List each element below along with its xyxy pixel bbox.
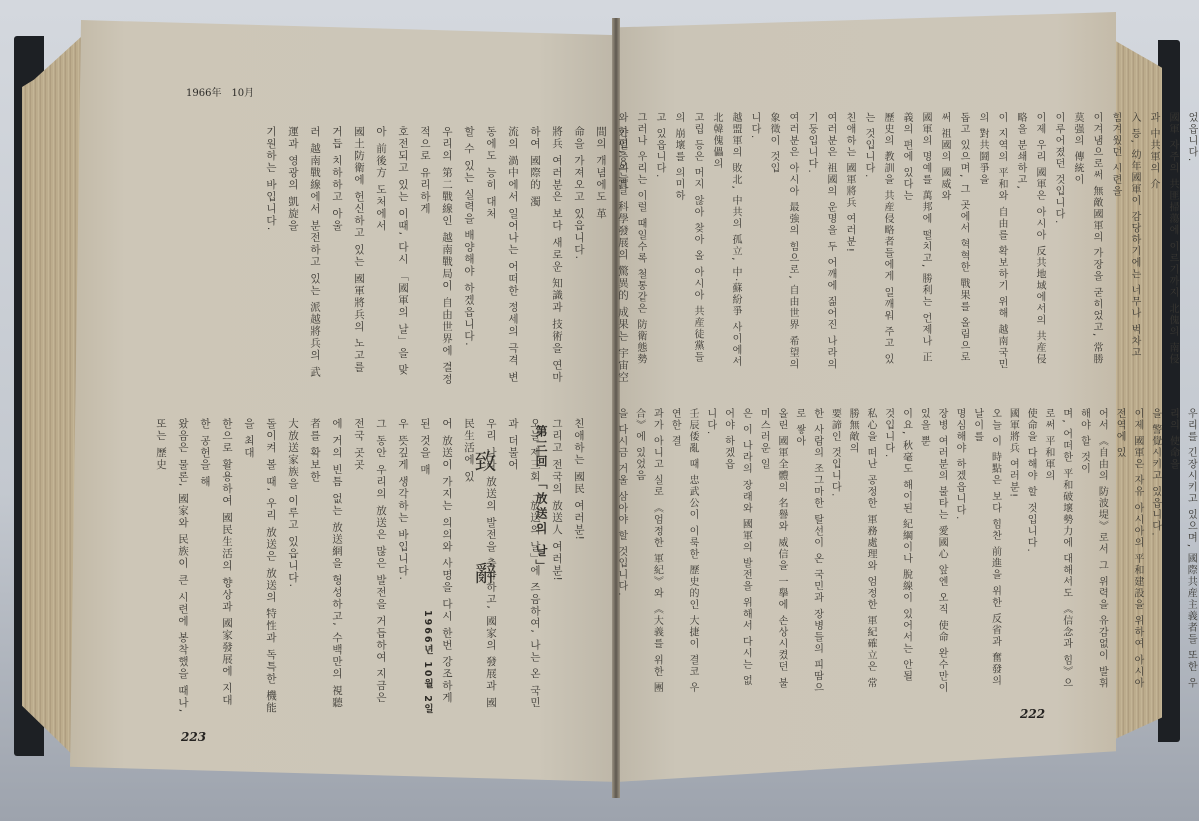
text-line: 호전되고 있는 이때, 다시 「國軍의 날」을 맞아 前後方 도처에서: [370, 126, 414, 386]
text-line: 어서 《自由의 防波堤》로서 그 위력을 유감없이 발휘해야 할 것이: [1075, 408, 1111, 698]
text-line: 그러나 우리는 이럴 때일수록 철통같은 防衛態勢와 가일층의 實: [612, 112, 650, 374]
text-line: 境도 이를 강력하게 극복하고 오늘의 성과를 거두었읍니다.: [1182, 112, 1199, 374]
text-line: 왔음은 물론, 國家와 民族이 큰 시련에 봉착했을 때나, 또는 歷史: [150, 418, 194, 716]
running-header-date: 1966年 10月: [186, 84, 254, 99]
text-line: 그 동안 우리의 放送은 많은 발전을 거듭하여 지금은 전국 곳곳: [348, 418, 392, 716]
text-line: 命을 가져오고 있읍니다.: [568, 126, 590, 386]
right-upper-text: 晶이요, 또한 이를 뒷받침하여 준 國民 여러분의 사랑과 노력의 보람이 아…: [612, 112, 1199, 374]
text-line: 國軍 자주의 共匪掃蕩에 이르기까지 北傀의 南侵과 中共軍의 介: [1144, 112, 1182, 374]
text-line: 한 사람의 조그마한 탈선이 온 국민과 장병들의 피땀으로 쌓아: [790, 408, 826, 698]
text-line: 大放送家族을 이루고 있읍니다.: [282, 418, 304, 716]
text-line: 니다.: [745, 112, 764, 374]
text-line: 에 거의 빈틈 없는 放送網을 형성하고, 수백만의 視聽者를 확보한: [304, 418, 348, 716]
text-line: 러 越南戰線에서 분전하고 있는 派越將兵의 武運과 영광의 凱旋을: [282, 126, 326, 386]
text-line: 올린 國軍全體의 名譽와 威信을 一擧에 손상시켰던 불미스러운 일: [754, 408, 790, 698]
page-number-right: 222: [1020, 707, 1045, 721]
text-line: 친애하는 國軍將兵 여러분!: [840, 112, 859, 374]
text-line: 오늘 이 時點은 보다 힘찬 前進을 위한 反省과 奮發의 날이를: [968, 408, 1004, 698]
text-line: 오늘 제三회 「放送의 날」에 즈음하여, 나는 온 국민과 더불어: [502, 418, 546, 716]
text-line: 國軍將兵 여러분!: [1004, 408, 1022, 698]
text-line: 壬辰倭亂 때 忠武公이 이룩한 歷史的인 大捷이 결코 우연한 결: [665, 408, 701, 698]
page-number-left: 223: [181, 730, 206, 744]
text-line: 우리 나라 放送의 발전을 축하하고, 國家의 發展과 國民生活에 있: [458, 418, 502, 716]
text-line: 여러분은 祖國의 운명을 두 어깨에 짊어진 나라의 기둥입니다.: [802, 112, 840, 374]
text-line: 그리고 전국의 放送人 여러분!: [546, 418, 568, 716]
text-line: 을 다시금 거울 삼아야 할 것입니다.: [612, 408, 630, 698]
text-line: 을 警覺시키고 있읍니다.: [1146, 408, 1164, 698]
text-line: 기원하는 바입니다.: [260, 126, 282, 386]
text-line: 國軍의 명예를 萬邦에 떨치고, 勝利는 언제나 正義의 편에 있다는: [897, 112, 935, 374]
text-line: 돕고 있으며, 그 곳에서 혁혁한 戰果를 올림으로써 祖國의 國威와: [935, 112, 973, 374]
text-line: 이제 우리 國軍은 아시아 反共地域에서의 共産侵略을 분쇄하고,: [1011, 112, 1049, 374]
text-line: 명심해야 하겠읍니다.: [950, 408, 968, 698]
text-line: 여러분은 아시아 最強의 힘으로, 自由世界 希望의 象徵이 것입: [764, 112, 802, 374]
text-line: 며, 어떠한 平和破壞勢力에 대해서도 《信念과 힘》으로써 平和軍의: [1039, 408, 1075, 698]
text-line: 고립 등은 머지 않아 찾아 올 아시아 共産徒黨들의 崩壞를 의미하: [669, 112, 707, 374]
text-line: 할 수 있는 실력을 배양해야 하겠읍니다.: [458, 126, 480, 386]
text-line: 이제 國軍은 자유 아시아의 平和建設을 위하여 아시아 전역에 있: [1110, 408, 1146, 698]
text-line: 우 뜻깊게 생각하는 바입니다.: [392, 418, 414, 716]
text-line: 니다.: [701, 408, 719, 698]
text-line: 入 등, 幼年國軍이 감당하기에는 너무나 벅차고 힘겨웠던 시련을: [1106, 112, 1144, 374]
text-line: 流의 渦中에서 일어나는 어떠한 정세의 극격 변동에도 능히 대처: [480, 126, 524, 386]
text-line: 이겨냄으로써 無敵國軍의 가장을 굳히었고, 常勝莫强의 傳統이: [1068, 112, 1106, 374]
text-line: 한으로 활용하여 國民生活의 향상과 國家發展에 지대한 공헌을 해: [194, 418, 238, 716]
text-line: 돌이켜 볼 때, 우리 放送은 放送의 特性과 독특한 機能을 최대: [238, 418, 282, 716]
text-line: 私心을 떠난 공정한 軍務處理와 엄정한 軍紀確立은 常勝無敵의: [843, 408, 879, 698]
text-line: 친애하는 國民 여러분!: [568, 418, 590, 716]
text-line: 과가 아니고 실로 《엄정한 軍紀》와 《大義를 위한 團合》에 있었음: [630, 408, 666, 698]
left-lower-text: 친애하는 國民 여러분! 그리고 전국의 放送人 여러분! 오늘 제三회 「放送…: [150, 418, 590, 716]
text-line: 使命을 다해야 할 것입니다.: [1021, 408, 1039, 698]
text-line: 어 放送이 가지는 의의와 사명을 다시 한번 강조하게 된 것을 매: [414, 418, 458, 716]
text-line: 이 지역의 平和와 自由를 확보하기 위해 越南국민의 對共鬪爭을: [973, 112, 1011, 374]
text-line: 要諦인 것입니다.: [826, 408, 844, 698]
text-line: 고 있읍니다.: [650, 112, 669, 374]
right-lower-text: 力研磨에 정진해야 할 것입니다. 放心이야말로 실패의 가장 큰 原因인 것입…: [612, 408, 1199, 698]
text-line: 歷史의 教訓을 共産侵略者들에게 일깨워 주고 있는 것입니다.: [859, 112, 897, 374]
left-upper-text: 한편, 오늘날 科學發展의 驚異的 成果는 宇宙空間의 개념에도 革 命을 가져…: [260, 126, 634, 386]
text-line: 우리를 긴장시키고 있으며, 國際共産主義者들 또한 우리의 使命을: [1164, 408, 1199, 698]
text-line: 將兵 여러분은 보다 새로운 知識과 技術을 연마하여 國際的 濁: [524, 126, 568, 386]
text-line: 越盟軍의 敗北, 中共의 孤立, 中·蘇紛爭 사이에서 北韓傀儡의: [707, 112, 745, 374]
text-line: 은 이 나라의 장래와 國軍의 발전을 위해서 다시는 없어야 하겠읍: [719, 408, 755, 698]
text-line: 장병 여러분의 불타는 愛國心 앞엔 오직 使命 완수만이 있을 뿐: [915, 408, 951, 698]
text-line: 이요, 秋毫도 해이된 紀綱이나 脫線이 있어서는 안될 것입니다.: [879, 408, 915, 698]
text-line: 이루어졌던 것입니다.: [1049, 112, 1068, 374]
text-line: 우리의 第二戰線인 越南戰局이 自由世界에 결정적으로 유리하게: [414, 126, 458, 386]
text-line: 國土防衛에 헌신하고 있는 國軍將兵의 노고를 거듭 치하하고 아울: [326, 126, 370, 386]
